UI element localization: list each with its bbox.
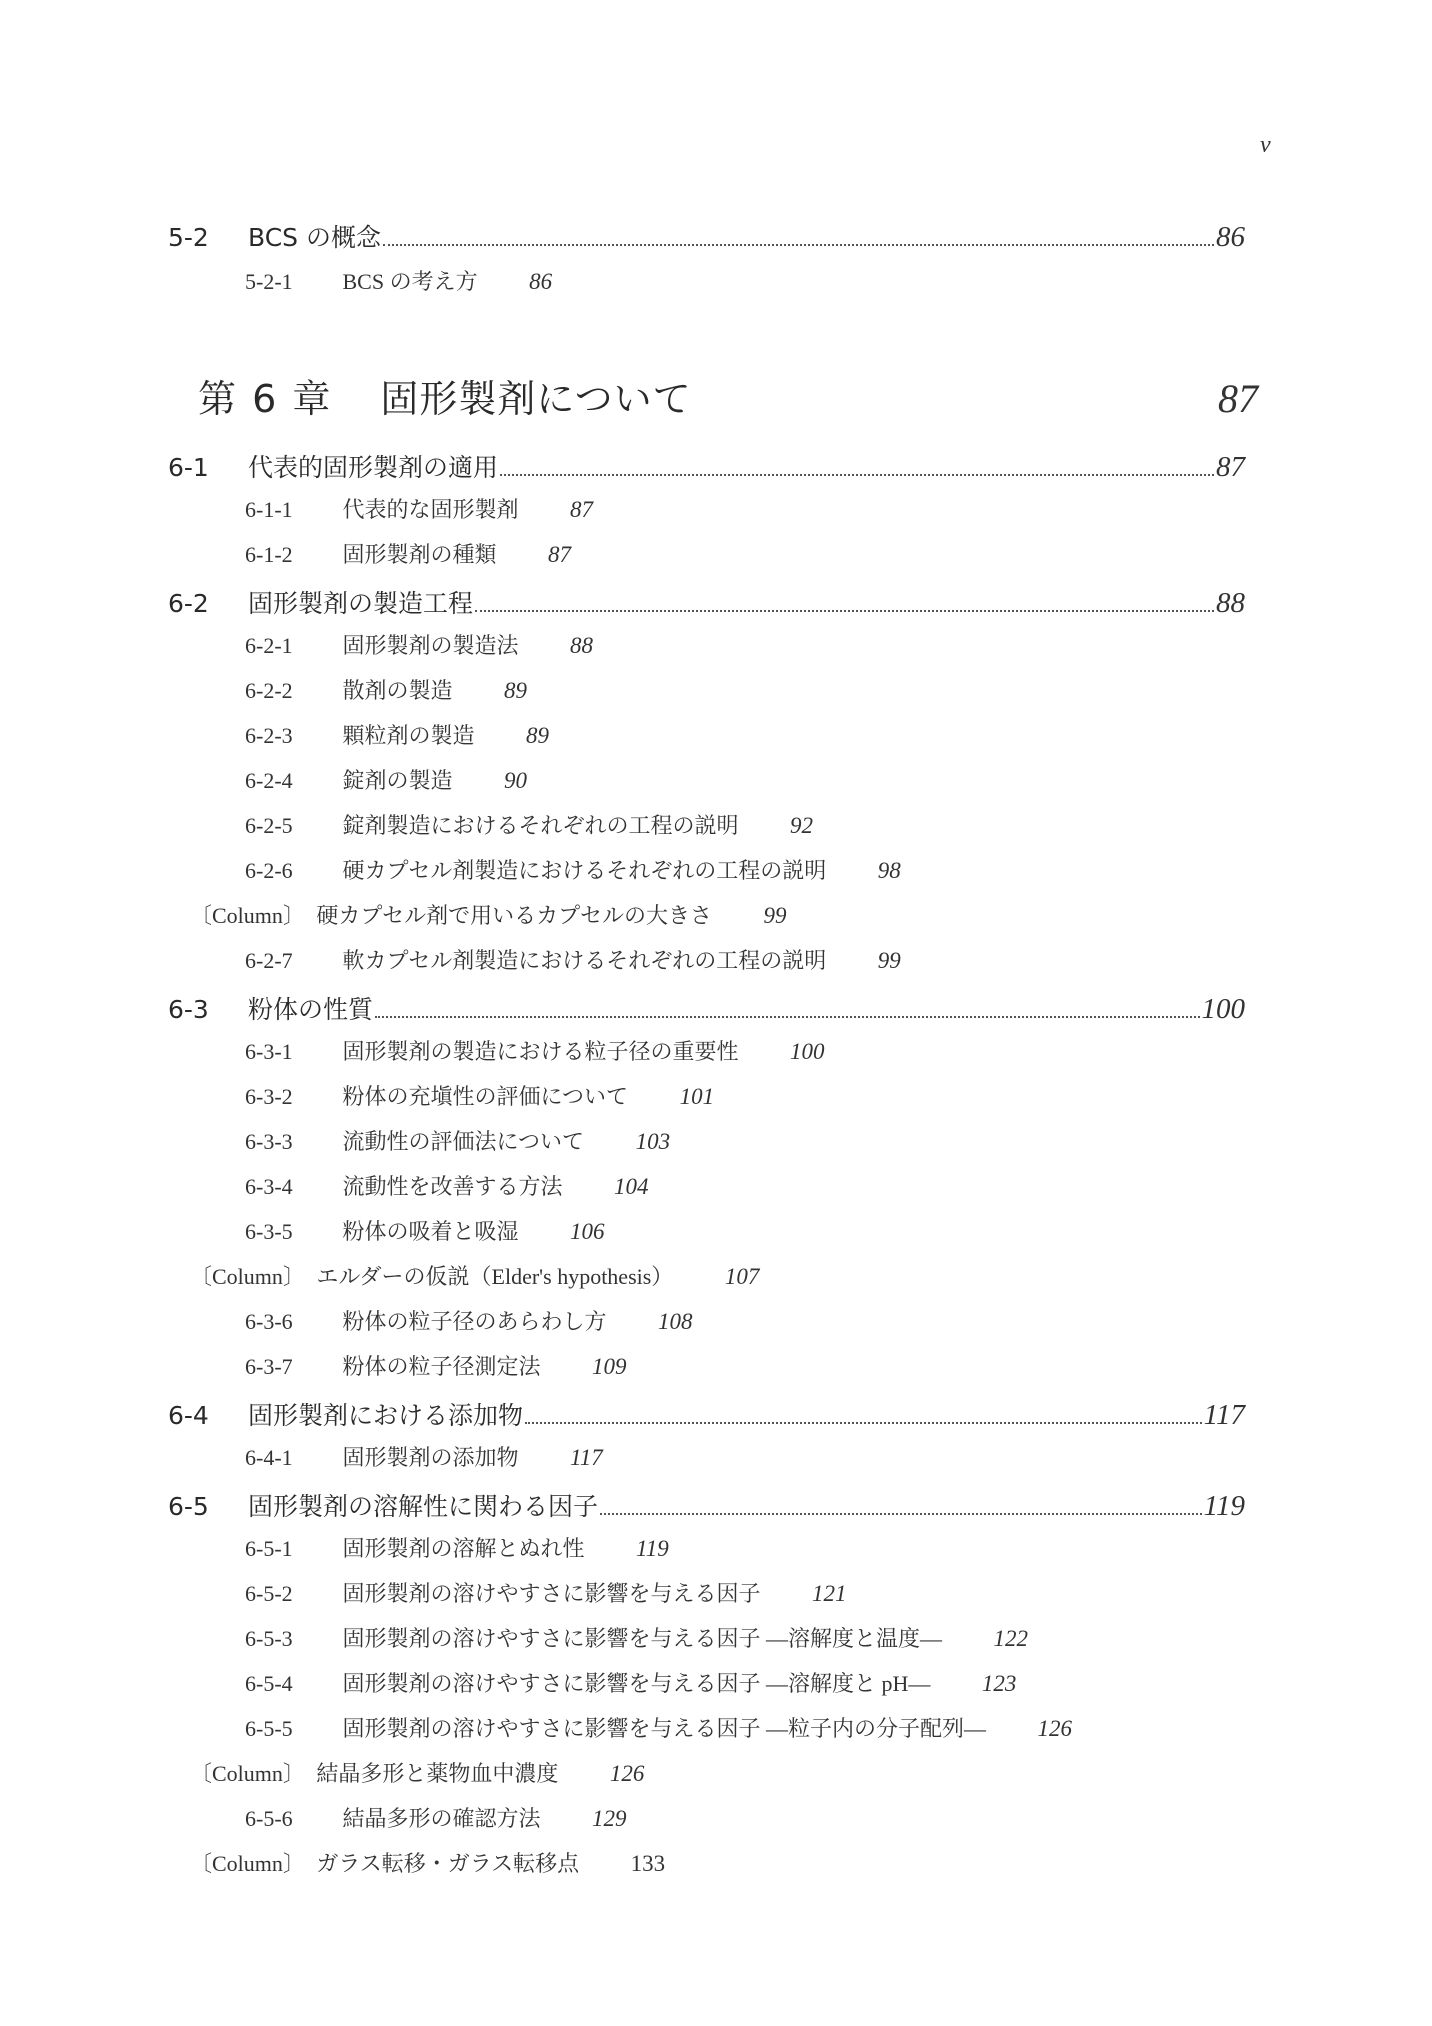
toc-subsection-6-1-2[interactable]: 6-1-2 固形製剤の種類 87 [245,538,1432,569]
dot-leader [525,1421,1202,1424]
section-title: 固形製剤の製造工程 [248,584,473,620]
page-number: 133 [631,1851,666,1877]
subsection-number: 6-2-6 [245,858,337,884]
toc-subsection-6-5-6[interactable]: 6-5-6 結晶多形の確認方法 129 [245,1802,1432,1833]
column-title: エルダーの仮説（Elder's hypothesis） [316,1260,673,1291]
toc-subsection-6-2-3[interactable]: 6-2-3 顆粒剤の製造 89 [245,719,1432,750]
subsection-title: 固形製剤の製造における粒子径の重要性 [343,1035,739,1066]
page-number: 89 [526,723,549,749]
dot-leader [475,609,1214,612]
page-folio: v [1260,132,1271,159]
page-number: 101 [680,1084,715,1110]
subsection-number: 6-3-3 [245,1129,337,1155]
subsection-title: 錠剤の製造 [343,764,453,795]
page-number: 122 [994,1626,1029,1652]
column-tag: 〔Column〕 [190,1260,305,1291]
subsection-title: 固形製剤の添加物 [343,1441,519,1472]
subsection-number: 6-4-1 [245,1445,337,1471]
dot-leader [500,473,1214,476]
page-number: 99 [763,903,786,929]
dot-leader [375,1015,1199,1018]
subsection-title: 軟カプセル剤製造におけるそれぞれの工程の説明 [343,944,827,975]
subsection-number: 6-5-2 [245,1581,337,1607]
subsection-title: 粉体の粒子径測定法 [343,1350,541,1381]
page-number: 129 [592,1806,627,1832]
subsection-number: 6-3-5 [245,1219,337,1245]
toc-subsection-6-2-6[interactable]: 6-2-6 硬カプセル剤製造におけるそれぞれの工程の説明 98 [245,854,1432,885]
toc-section-6-2[interactable]: 6-2 固形製剤の製造工程 88 [168,584,1245,620]
toc-column-elder-hypothesis[interactable]: 〔Column〕 エルダーの仮説（Elder's hypothesis） 107 [190,1260,1432,1291]
subsection-title: 硬カプセル剤製造におけるそれぞれの工程の説明 [343,854,827,885]
page-number: 86 [1216,221,1245,254]
toc-column-polymorph-blood-level[interactable]: 〔Column〕 結晶多形と薬物血中濃度 126 [190,1757,1432,1788]
page-number: 123 [982,1671,1017,1697]
page-number: 87 [1216,451,1245,484]
toc-subsection-6-3-5[interactable]: 6-3-5 粉体の吸着と吸湿 106 [245,1215,1432,1246]
page-number: 104 [614,1174,649,1200]
subsection-number: 6-1-1 [245,497,337,523]
page-number: 106 [570,1219,605,1245]
page-number: 126 [1038,1716,1073,1742]
toc-subsection-6-2-7[interactable]: 6-2-7 軟カプセル剤製造におけるそれぞれの工程の説明 99 [245,944,1432,975]
page-number: 126 [610,1761,645,1787]
column-title: 硬カプセル剤で用いるカプセルの大きさ [316,899,712,930]
section-number: 6-4 [168,1401,248,1430]
subsection-title: 固形製剤の種類 [343,538,497,569]
page-number: 99 [878,948,901,974]
page-number: 88 [1216,587,1245,620]
section-number: 6-5 [168,1492,248,1521]
toc-subsection-6-2-4[interactable]: 6-2-4 錠剤の製造 90 [245,764,1432,795]
subsection-title: 錠剤製造におけるそれぞれの工程の説明 [343,809,739,840]
dot-leader [383,243,1214,246]
subsection-title: 結晶多形の確認方法 [343,1802,541,1833]
page-number: 117 [1204,1399,1245,1432]
toc-subsection-6-5-3[interactable]: 6-5-3 固形製剤の溶けやすさに影響を与える因子 ―溶解度と温度― 122 [245,1622,1432,1653]
toc-chapter-6[interactable]: 第 6 章 固形製剤について 87 [198,368,1258,423]
toc-subsection-6-1-1[interactable]: 6-1-1 代表的な固形製剤 87 [245,493,1432,524]
page-number: 119 [1204,1490,1245,1523]
chapter-label: 第 6 章 [198,368,332,423]
toc-subsection-6-3-1[interactable]: 6-3-1 固形製剤の製造における粒子径の重要性 100 [245,1035,1432,1066]
section-number: 6-1 [168,453,248,482]
subsection-number: 6-2-7 [245,948,337,974]
toc-subsection-6-3-6[interactable]: 6-3-6 粉体の粒子径のあらわし方 108 [245,1305,1432,1336]
subsection-title: 固形製剤の製造法 [343,629,519,660]
subsection-number: 6-2-1 [245,633,337,659]
subsection-title: 散剤の製造 [343,674,453,705]
page-number: 87 [1218,375,1258,422]
subsection-title: 流動性の評価法について [343,1125,585,1156]
subsection-number: 6-5-1 [245,1536,337,1562]
page-number: 107 [725,1264,760,1290]
subsection-number: 6-3-2 [245,1084,337,1110]
column-tag: 〔Column〕 [190,1757,305,1788]
subsection-number: 6-2-2 [245,678,337,704]
subsection-title: 固形製剤の溶けやすさに影響を与える因子 [343,1577,761,1608]
subsection-number: 6-3-7 [245,1354,337,1380]
subsection-title: 顆粒剤の製造 [343,719,475,750]
toc-column-capsule-size[interactable]: 〔Column〕 硬カプセル剤で用いるカプセルの大きさ 99 [190,899,1432,930]
toc-subsection-6-5-5[interactable]: 6-5-5 固形製剤の溶けやすさに影響を与える因子 ―粒子内の分子配列― 126 [245,1712,1432,1743]
subsection-title: 粉体の粒子径のあらわし方 [343,1305,607,1336]
section-title: 粉体の性質 [248,990,373,1026]
dot-leader [600,1512,1202,1515]
toc-column-glass-transition[interactable]: 〔Column〕 ガラス転移・ガラス転移点 133 [190,1847,1432,1878]
subsection-number: 6-3-1 [245,1039,337,1065]
toc-section-6-3[interactable]: 6-3 粉体の性質 100 [168,990,1245,1026]
page-number: 109 [592,1354,627,1380]
toc-subsection-6-5-1[interactable]: 6-5-1 固形製剤の溶解とぬれ性 119 [245,1532,1432,1563]
page-number: 92 [790,813,813,839]
page-number: 88 [570,633,593,659]
section-number: 6-2 [168,589,248,618]
toc-subsection-6-2-5[interactable]: 6-2-5 錠剤製造におけるそれぞれの工程の説明 92 [245,809,1432,840]
subsection-number: 6-5-6 [245,1806,337,1832]
section-title: 固形製剤の溶解性に関わる因子 [248,1487,598,1523]
subsection-title: 固形製剤の溶けやすさに影響を与える因子 ―溶解度と温度― [343,1622,943,1653]
page-number: 87 [548,542,571,568]
subsection-title: 固形製剤の溶解とぬれ性 [343,1532,585,1563]
subsection-number: 6-2-4 [245,768,337,794]
subsection-number: 6-1-2 [245,542,337,568]
subsection-title: 固形製剤の溶けやすさに影響を与える因子 ―溶解度と pH― [343,1667,931,1698]
toc-subsection-6-3-2[interactable]: 6-3-2 粉体の充塡性の評価について 101 [245,1080,1432,1111]
page-number: 89 [504,678,527,704]
subsection-title: BCS の考え方 [343,265,478,296]
page-number: 100 [790,1039,825,1065]
section-title: 固形製剤における添加物 [248,1396,523,1432]
section-title: 代表的固形製剤の適用 [248,448,498,484]
section-number: 6-3 [168,995,248,1024]
toc-subsection-6-3-3[interactable]: 6-3-3 流動性の評価法について 103 [245,1125,1432,1156]
section-number: 5-2 [168,223,248,252]
column-title: 結晶多形と薬物血中濃度 [316,1757,558,1788]
toc-subsection-6-2-2[interactable]: 6-2-2 散剤の製造 89 [245,674,1432,705]
page-number: 117 [570,1445,603,1471]
subsection-number: 6-2-5 [245,813,337,839]
toc-section-6-4[interactable]: 6-4 固形製剤における添加物 117 [168,1396,1245,1432]
toc-subsection-6-4-1[interactable]: 6-4-1 固形製剤の添加物 117 [245,1441,1432,1472]
section-title: BCS の概念 [248,218,381,254]
subsection-number: 6-5-3 [245,1626,337,1652]
page-number: 87 [570,497,593,523]
subsection-title: 代表的な固形製剤 [343,493,519,524]
subsection-title: 粉体の吸着と吸湿 [343,1215,519,1246]
page-number: 119 [636,1536,669,1562]
page-number: 108 [658,1309,693,1335]
toc-section-5-2[interactable]: 5-2 BCS の概念 86 [168,218,1245,254]
toc-subsection-6-2-1[interactable]: 6-2-1 固形製剤の製造法 88 [245,629,1432,660]
toc-subsection-6-5-4[interactable]: 6-5-4 固形製剤の溶けやすさに影響を与える因子 ―溶解度と pH― 123 [245,1667,1432,1698]
page-number: 103 [636,1129,671,1155]
toc-section-6-1[interactable]: 6-1 代表的固形製剤の適用 87 [168,448,1245,484]
subsection-number: 6-5-4 [245,1671,337,1697]
subsection-title: 流動性を改善する方法 [343,1170,563,1201]
column-tag: 〔Column〕 [190,1847,305,1878]
subsection-number: 6-2-3 [245,723,337,749]
page-number: 121 [812,1581,847,1607]
toc-subsection-6-3-4[interactable]: 6-3-4 流動性を改善する方法 104 [245,1170,1432,1201]
subsection-title: 固形製剤の溶けやすさに影響を与える因子 ―粒子内の分子配列― [343,1712,987,1743]
subsection-title: 粉体の充塡性の評価について [343,1080,629,1111]
toc-subsection-6-3-7[interactable]: 6-3-7 粉体の粒子径測定法 109 [245,1350,1432,1381]
page-number: 86 [529,269,552,295]
toc-subsection-6-5-2[interactable]: 6-5-2 固形製剤の溶けやすさに影響を与える因子 121 [245,1577,1432,1608]
subsection-number: 6-3-6 [245,1309,337,1335]
subsection-number: 6-3-4 [245,1174,337,1200]
toc-section-6-5[interactable]: 6-5 固形製剤の溶解性に関わる因子 119 [168,1487,1245,1523]
chapter-title: 固形製剤について [380,368,1218,423]
page-number: 98 [878,858,901,884]
page-number: 90 [504,768,527,794]
toc-subsection-5-2-1[interactable]: 5-2-1 BCS の考え方 86 [245,265,1432,296]
column-title: ガラス転移・ガラス転移点 [316,1847,579,1878]
column-tag: 〔Column〕 [190,899,305,930]
subsection-number: 5-2-1 [245,269,337,295]
page-number: 100 [1202,993,1246,1026]
subsection-number: 6-5-5 [245,1716,337,1742]
